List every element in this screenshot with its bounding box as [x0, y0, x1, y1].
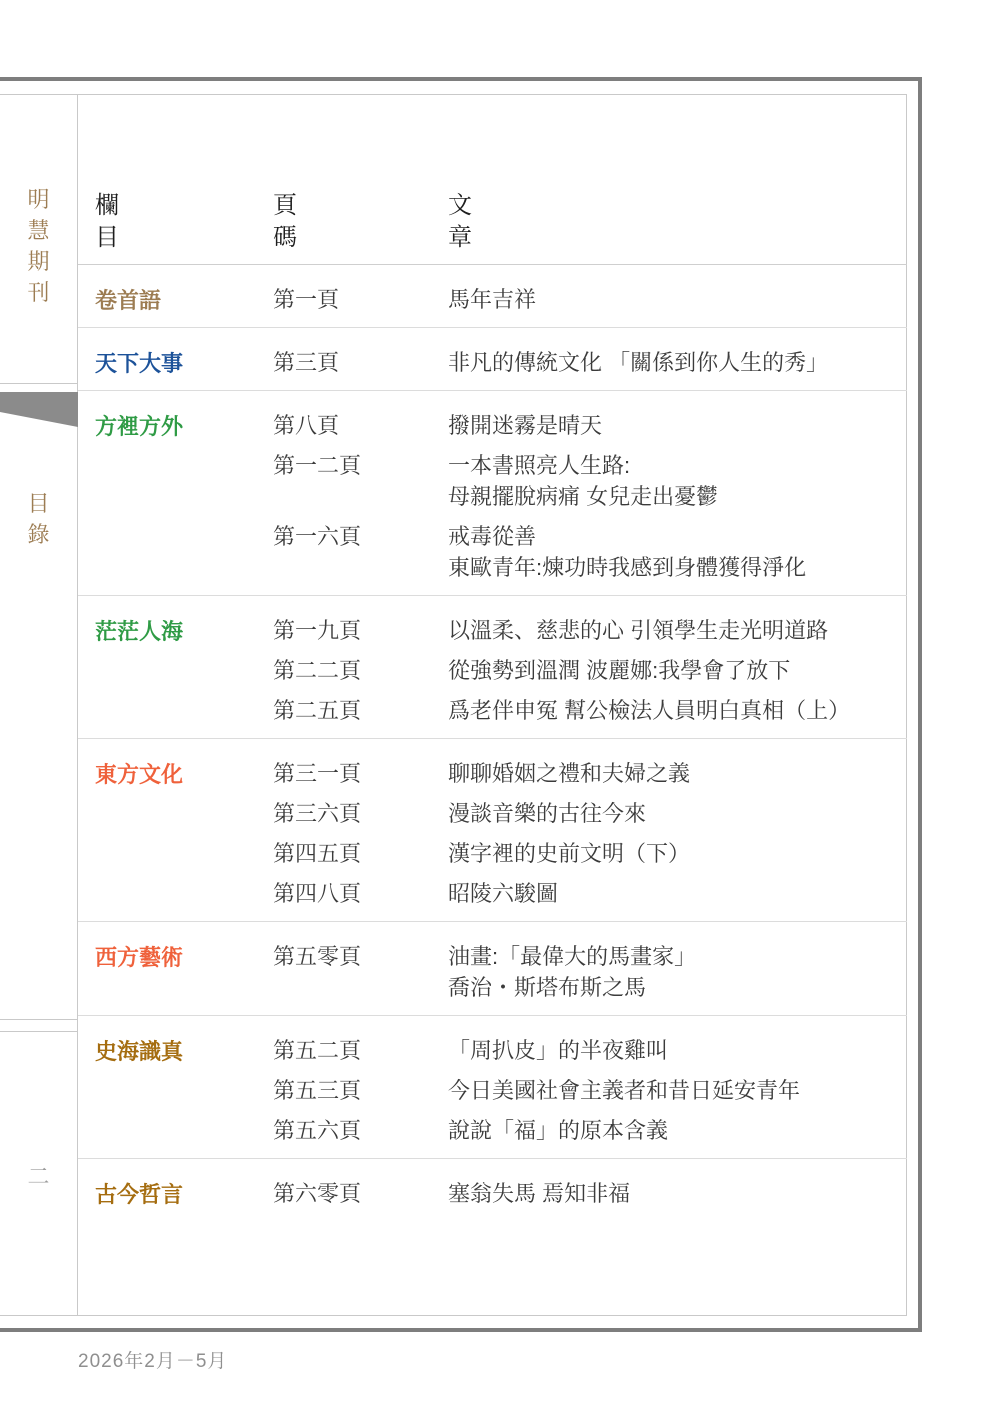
entry-article: 非凡的傳統文化 「關係到你人生的秀」	[448, 347, 828, 378]
entry-page-number: 第八頁	[273, 410, 448, 441]
section-title: 西方藝術	[95, 942, 183, 973]
toc-label-vertical: 目錄	[26, 488, 52, 550]
toc-entry: 第五六頁說說「福」的原本含義	[273, 1115, 907, 1146]
sidebar-divider-top	[0, 383, 78, 384]
section-entries: 第一九頁以溫柔、慈悲的心 引領學生走光明道路第二二頁從強勢到溫潤 波麗娜:我學會…	[273, 615, 907, 726]
entry-page-number: 第二五頁	[273, 695, 448, 726]
entry-article-line: 非凡的傳統文化 「關係到你人生的秀」	[448, 347, 828, 378]
entry-article: 戒毒從善東歐青年:煉功時我感到身體獲得淨化	[448, 521, 806, 583]
entry-article: 油畫:「最偉大的馬畫家」喬治・斯塔布斯之馬	[448, 941, 696, 1003]
page-number: 二	[0, 1160, 77, 1191]
section-title: 方裡方外	[95, 411, 183, 442]
toc-entry: 第五零頁油畫:「最偉大的馬畫家」喬治・斯塔布斯之馬	[273, 941, 907, 1003]
entry-article-line: 爲老伴申冤 幫公檢法人員明白真相（上）	[448, 695, 850, 726]
entry-page-number: 第一二頁	[273, 450, 448, 481]
toc-section-row: 東方文化第三一頁聊聊婚姻之禮和夫婦之義第三六頁漫談音樂的古往今來第四五頁漢字裡的…	[78, 739, 907, 922]
entry-article: 塞翁失馬 焉知非福	[448, 1178, 630, 1209]
entry-article-line: 撥開迷霧是晴天	[448, 410, 602, 441]
entry-article-line: 昭陵六駿圖	[448, 878, 558, 909]
table-header-row: 欄目 頁碼 文章	[78, 94, 907, 265]
entry-article-line: 東歐青年:煉功時我感到身體獲得淨化	[448, 552, 806, 583]
section-entries: 第一頁馬年吉祥	[273, 284, 907, 315]
toc-section-row: 方裡方外第八頁撥開迷霧是晴天第一二頁一本書照亮人生路:母親擺脫病痛 女兒走出憂鬱…	[78, 391, 907, 596]
section-title: 東方文化	[95, 759, 183, 790]
entry-article: 漫談音樂的古往今來	[448, 798, 646, 829]
toc-entry: 第三六頁漫談音樂的古往今來	[273, 798, 907, 829]
toc-entry: 第五三頁今日美國社會主義者和昔日延安青年	[273, 1075, 907, 1106]
table-body: 卷首語第一頁馬年吉祥天下大事第三頁非凡的傳統文化 「關係到你人生的秀」方裡方外第…	[78, 265, 907, 1221]
entry-page-number: 第四八頁	[273, 878, 448, 909]
section-entries: 第三一頁聊聊婚姻之禮和夫婦之義第三六頁漫談音樂的古往今來第四五頁漢字裡的史前文明…	[273, 758, 907, 909]
entry-page-number: 第五六頁	[273, 1115, 448, 1146]
toc-entry: 第二五頁爲老伴申冤 幫公檢法人員明白真相（上）	[273, 695, 907, 726]
section-title: 卷首語	[95, 285, 161, 316]
toc-section-row: 史海識真第五二頁「周扒皮」的半夜雞叫第五三頁今日美國社會主義者和昔日延安青年第五…	[78, 1016, 907, 1159]
entry-article: 爲老伴申冤 幫公檢法人員明白真相（上）	[448, 695, 850, 726]
toc-table: 欄目 頁碼 文章 卷首語第一頁馬年吉祥天下大事第三頁非凡的傳統文化 「關係到你人…	[78, 94, 907, 1221]
section-entries: 第五零頁油畫:「最偉大的馬畫家」喬治・斯塔布斯之馬	[273, 941, 907, 1003]
section-title: 茫茫人海	[95, 616, 183, 647]
toc-entry: 第三一頁聊聊婚姻之禮和夫婦之義	[273, 758, 907, 789]
entry-article-line: 漢字裡的史前文明（下）	[448, 838, 690, 869]
entry-page-number: 第三六頁	[273, 798, 448, 829]
entry-article-line: 「周扒皮」的半夜雞叫	[448, 1035, 668, 1066]
toc-entry: 第一九頁以溫柔、慈悲的心 引領學生走光明道路	[273, 615, 907, 646]
entry-article-line: 聊聊婚姻之禮和夫婦之義	[448, 758, 690, 789]
entry-article: 今日美國社會主義者和昔日延安青年	[448, 1075, 800, 1106]
entry-article-line: 從強勢到溫潤 波麗娜:我學會了放下	[448, 655, 790, 686]
section-title: 古今哲言	[95, 1179, 183, 1210]
entry-article: 從強勢到溫潤 波麗娜:我學會了放下	[448, 655, 790, 686]
entry-page-number: 第三一頁	[273, 758, 448, 789]
toc-section-row: 西方藝術第五零頁油畫:「最偉大的馬畫家」喬治・斯塔布斯之馬	[78, 922, 907, 1016]
section-title: 史海識真	[95, 1036, 183, 1067]
entry-article-line: 油畫:「最偉大的馬畫家」	[448, 941, 696, 972]
toc-entry: 第三頁非凡的傳統文化 「關係到你人生的秀」	[273, 347, 907, 378]
magazine-title-vertical: 明慧期刊	[26, 184, 52, 308]
entry-page-number: 第一九頁	[273, 615, 448, 646]
section-entries: 第三頁非凡的傳統文化 「關係到你人生的秀」	[273, 347, 907, 378]
toc-entry: 第六零頁塞翁失馬 焉知非福	[273, 1178, 907, 1209]
entry-article-line: 漫談音樂的古往今來	[448, 798, 646, 829]
entry-page-number: 第四五頁	[273, 838, 448, 869]
section-entries: 第八頁撥開迷霧是晴天第一二頁一本書照亮人生路:母親擺脫病痛 女兒走出憂鬱第一六頁…	[273, 410, 907, 583]
entry-page-number: 第六零頁	[273, 1178, 448, 1209]
toc-section-row: 茫茫人海第一九頁以溫柔、慈悲的心 引領學生走光明道路第二二頁從強勢到溫潤 波麗娜…	[78, 596, 907, 739]
toc-entry: 第四八頁昭陵六駿圖	[273, 878, 907, 909]
column-header-section: 欄目	[95, 190, 123, 254]
magazine-toc-page: 明慧期刊 目錄 二 欄目 頁碼 文章 卷首語第一頁馬年吉祥天下大事第三頁非凡的傳…	[0, 0, 1000, 1414]
toc-entry: 第二二頁從強勢到溫潤 波麗娜:我學會了放下	[273, 655, 907, 686]
entry-page-number: 第二二頁	[273, 655, 448, 686]
sidebar-divider-bottom-1	[0, 1019, 78, 1020]
entry-article: 撥開迷霧是晴天	[448, 410, 602, 441]
entry-article-line: 馬年吉祥	[448, 284, 536, 315]
toc-section-row: 天下大事第三頁非凡的傳統文化 「關係到你人生的秀」	[78, 328, 907, 391]
entry-page-number: 第一頁	[273, 284, 448, 315]
entry-article: 「周扒皮」的半夜雞叫	[448, 1035, 668, 1066]
entry-page-number: 第五二頁	[273, 1035, 448, 1066]
issue-date: 2026年2月－5月	[78, 1346, 227, 1373]
sidebar-divider-bottom-2	[0, 1031, 78, 1032]
toc-entry: 第一頁馬年吉祥	[273, 284, 907, 315]
toc-entry: 第五二頁「周扒皮」的半夜雞叫	[273, 1035, 907, 1066]
entry-article: 說說「福」的原本含義	[448, 1115, 668, 1146]
entry-article-line: 塞翁失馬 焉知非福	[448, 1178, 630, 1209]
toc-entry: 第四五頁漢字裡的史前文明（下）	[273, 838, 907, 869]
section-entries: 第五二頁「周扒皮」的半夜雞叫第五三頁今日美國社會主義者和昔日延安青年第五六頁說說…	[273, 1035, 907, 1146]
entry-article-line: 說說「福」的原本含義	[448, 1115, 668, 1146]
column-header-page: 頁碼	[273, 190, 301, 254]
entry-article: 聊聊婚姻之禮和夫婦之義	[448, 758, 690, 789]
entry-article-line: 今日美國社會主義者和昔日延安青年	[448, 1075, 800, 1106]
entry-page-number: 第五三頁	[273, 1075, 448, 1106]
entry-article-line: 一本書照亮人生路:	[448, 450, 718, 481]
toc-section-row: 卷首語第一頁馬年吉祥	[78, 265, 907, 328]
entry-article: 一本書照亮人生路:母親擺脫病痛 女兒走出憂鬱	[448, 450, 718, 512]
toc-section-row: 古今哲言第六零頁塞翁失馬 焉知非福	[78, 1159, 907, 1221]
entry-page-number: 第三頁	[273, 347, 448, 378]
entry-article-line: 母親擺脫病痛 女兒走出憂鬱	[448, 481, 718, 512]
sidebar: 明慧期刊 目錄 二	[0, 94, 78, 1316]
entry-article-line: 戒毒從善	[448, 521, 806, 552]
toc-entry: 第一二頁一本書照亮人生路:母親擺脫病痛 女兒走出憂鬱	[273, 450, 907, 512]
column-header-article: 文章	[448, 190, 476, 254]
entry-article: 以溫柔、慈悲的心 引領學生走光明道路	[448, 615, 828, 646]
section-title: 天下大事	[95, 348, 183, 379]
entry-page-number: 第一六頁	[273, 521, 448, 552]
entry-article-line: 喬治・斯塔布斯之馬	[448, 972, 696, 1003]
entry-page-number: 第五零頁	[273, 941, 448, 972]
section-entries: 第六零頁塞翁失馬 焉知非福	[273, 1178, 907, 1209]
entry-article-line: 以溫柔、慈悲的心 引領學生走光明道路	[448, 615, 828, 646]
toc-entry: 第八頁撥開迷霧是晴天	[273, 410, 907, 441]
entry-article: 昭陵六駿圖	[448, 878, 558, 909]
corner-wedge-decoration	[0, 392, 78, 428]
toc-entry: 第一六頁戒毒從善東歐青年:煉功時我感到身體獲得淨化	[273, 521, 907, 583]
entry-article: 漢字裡的史前文明（下）	[448, 838, 690, 869]
entry-article: 馬年吉祥	[448, 284, 536, 315]
